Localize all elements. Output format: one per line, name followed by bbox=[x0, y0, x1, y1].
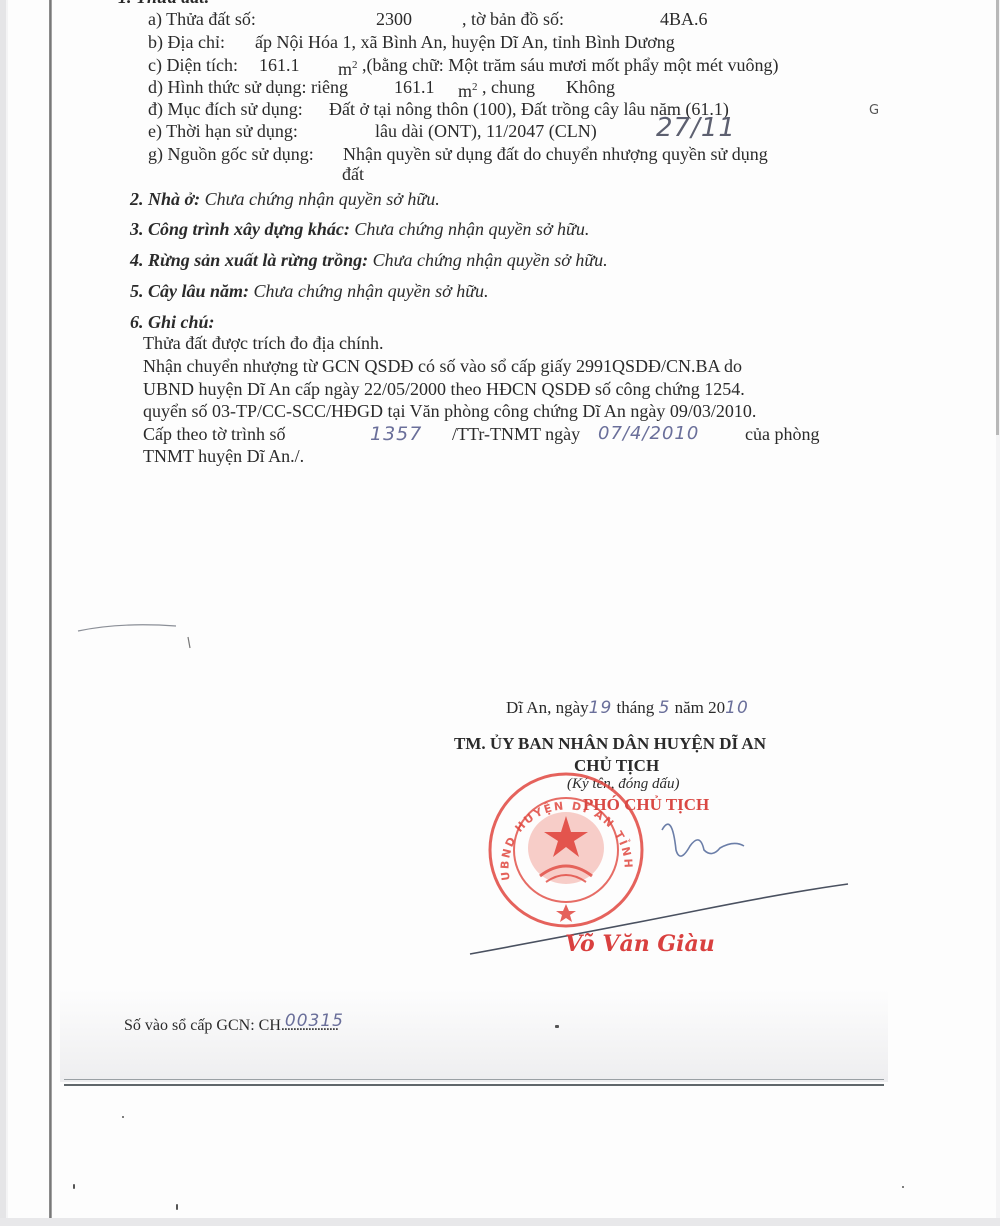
usage-form-label: d) Hình thức sử dụng: riêng bbox=[148, 77, 348, 97]
origin-value-line1: Nhận quyền sử dụng đất do chuyển nhượng … bbox=[343, 144, 768, 164]
address-value: ấp Nội Hóa 1, xã Bình An, huyện Dĩ An, t… bbox=[255, 32, 675, 52]
section-other-construction: 3. Công trình xây dựng khác: Chưa chứng … bbox=[130, 219, 589, 239]
private-area-value: 161.1 bbox=[394, 77, 435, 97]
section-perennial-trees: 5. Cây lâu năm: Chưa chứng nhận quyền sở… bbox=[130, 281, 489, 301]
section-1-header: 1. Thửa đất: bbox=[118, 0, 210, 7]
registry-number: Số vào sổ cấp GCN: CH...................… bbox=[124, 1016, 338, 1036]
handwritten-date-note: 27/11 bbox=[656, 114, 736, 142]
area-value: 161.1 bbox=[259, 55, 300, 75]
usage-purpose-label: đ) Mục đích sử dụng: bbox=[148, 99, 303, 119]
notes-title: 6. Ghi chú: bbox=[130, 312, 215, 332]
map-sheet-value: 4BA.6 bbox=[660, 9, 708, 29]
address-label: b) Địa chỉ: bbox=[148, 32, 225, 52]
scan-speck bbox=[555, 1025, 559, 1028]
usage-term-value: lâu dài (ONT), 11/2047 (CLN) bbox=[375, 121, 597, 141]
notes-line-2: Nhận chuyển nhượng từ GCN QSDĐ có số vào… bbox=[143, 356, 742, 376]
official-seal-icon: UBND HUYỆN DĨ AN TỈNH BÌNH DƯƠNG bbox=[484, 768, 648, 928]
section-house: 2. Nhà ở: Chưa chứng nhận quyền sở hữu. bbox=[130, 189, 440, 209]
private-area-unit: m2 bbox=[458, 77, 478, 101]
usage-term-label: e) Thời hạn sử dụng: bbox=[148, 121, 298, 141]
stamped-vice-chairman-title: PHÓ CHỦ TỊCH bbox=[583, 795, 709, 815]
signer-name: Võ Văn Giàu bbox=[565, 932, 715, 956]
scan-speck bbox=[902, 1186, 904, 1188]
page-binding-edge bbox=[49, 0, 52, 1218]
notes-line-5-mid: /TTr-TNMT ngày bbox=[452, 424, 580, 444]
notes-line-3: UBND huyện Dĩ An cấp ngày 22/05/2000 the… bbox=[143, 379, 745, 399]
parcel-number-label: a) Thửa đất số: bbox=[148, 9, 256, 29]
handwritten-submission-number: 1357 bbox=[370, 424, 422, 444]
map-sheet-label: , tờ bản đồ số: bbox=[462, 9, 564, 29]
signing-organization: TM. ỦY BAN NHÂN DÂN HUYỆN DĨ AN bbox=[454, 734, 766, 754]
shared-value: Không bbox=[566, 77, 615, 97]
area-unit: m2 bbox=[338, 55, 358, 79]
scan-speck bbox=[176, 1204, 178, 1210]
notes-line-4: quyển số 03-TP/CC-SCC/HĐGD tại Văn phòng… bbox=[143, 401, 756, 421]
margin-mark: G bbox=[869, 101, 879, 121]
scan-speck bbox=[73, 1184, 75, 1189]
section-planted-forest: 4. Rừng sản xuất là rừng trồng: Chưa chứ… bbox=[130, 250, 608, 270]
bottom-rule bbox=[64, 1079, 884, 1086]
scan-speck bbox=[122, 1116, 124, 1118]
area-in-words: ,(bằng chữ: Một trăm sáu mươi mốt phẩy m… bbox=[362, 55, 778, 75]
parcel-number-value: 2300 bbox=[376, 9, 412, 29]
notes-line-6: TNMT huyện Dĩ An./. bbox=[143, 446, 304, 466]
paper-shadow bbox=[60, 990, 888, 1082]
notes-line-5-end: của phòng bbox=[745, 424, 819, 444]
page-shadow-left bbox=[0, 0, 6, 1226]
origin-value-line2: đất bbox=[342, 164, 364, 184]
notes-line-5-label: Cấp theo tờ trình số bbox=[143, 424, 286, 444]
scrollbar[interactable] bbox=[996, 0, 999, 435]
origin-label: g) Nguồn gốc sử dụng: bbox=[148, 144, 314, 164]
shared-label: , chung bbox=[482, 77, 535, 97]
signing-date: Dĩ An, ngày19 tháng 5 năm 2010 bbox=[506, 698, 749, 718]
handwritten-submission-date: 07/4/2010 bbox=[598, 424, 699, 444]
notes-line-1: Thửa đất được trích đo địa chính. bbox=[143, 333, 383, 353]
page-shadow-bottom bbox=[0, 1218, 1000, 1226]
area-label: c) Diện tích: bbox=[148, 55, 238, 75]
